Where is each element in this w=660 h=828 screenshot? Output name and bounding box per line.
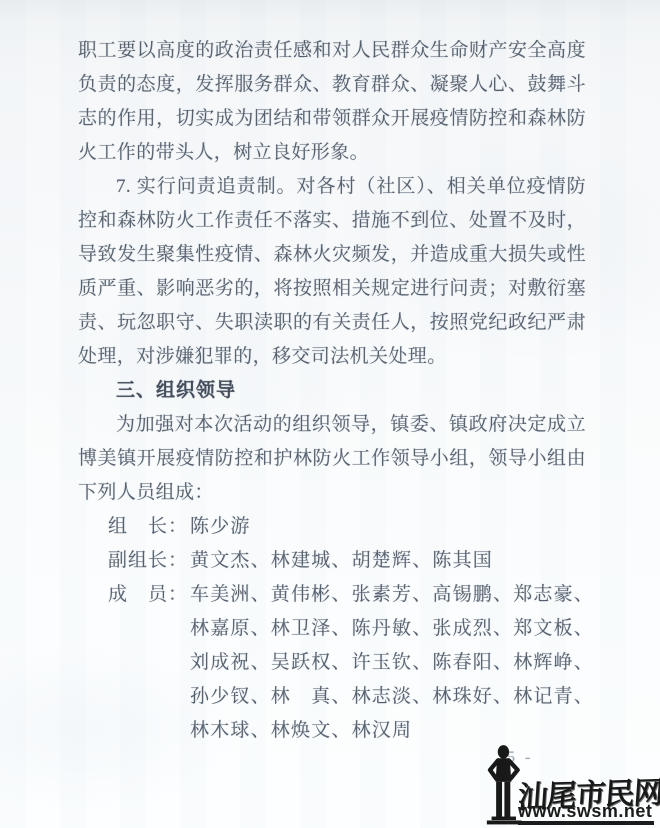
roster-row-leader: 组 长： 陈少游 [78,510,586,544]
roster-row-members: 成 员： 车美洲、黄伟彬、张素芳、高锡鹏、郑志豪、 林嘉原、林卫泽、陈丹敏、张成… [78,578,586,748]
section-intro: 为加强对本次活动的组织领导，镇委、镇政府决定成立博美镇开展疫情防控和护林防火工作… [78,408,586,510]
paragraph-item-7: 7. 实行问责追责制。对各村（社区）、相关单位疫情防控和森林防火工作责任不落实、… [78,170,586,374]
roster-names-leader: 陈少游 [190,510,586,544]
roster-names-deputy: 黄文杰、林建城、胡楚辉、陈其国 [190,544,586,578]
roster-label-leader: 组 长： [108,510,190,544]
roster-names-members: 车美洲、黄伟彬、张素芳、高锡鹏、郑志豪、 林嘉原、林卫泽、陈丹敏、张成烈、郑文板… [190,578,594,748]
roster-label-members: 成 员： [108,578,190,748]
roster-member-line: 孙少钗、林 真、林志淡、林珠好、林记青、 [190,680,594,714]
section-heading: 三、组织领导 [78,374,586,408]
document-page: 职工要以高度的政治责任感和对人民群众生命财产安全高度负责的态度，发挥服务群众、教… [0,0,660,828]
roster-member-line: 林嘉原、林卫泽、陈丹敏、张成烈、郑文板、 [190,612,594,646]
watermark: 汕尾市民网 www.swsm.net [472,740,660,828]
document-body: 职工要以高度的政治责任感和对人民群众生命财产安全高度负责的态度，发挥服务群众、教… [78,34,586,748]
paragraph-continuation: 职工要以高度的政治责任感和对人民群众生命财产安全高度负责的态度，发挥服务群众、教… [78,34,586,170]
watermark-site-url: www.swsm.net [518,802,654,825]
roster-row-deputy: 副组长： 黄文杰、林建城、胡楚辉、陈其国 [78,544,586,578]
roster-label-deputy: 副组长： [108,544,190,578]
leadership-roster: 组 长： 陈少游 副组长： 黄文杰、林建城、胡楚辉、陈其国 成 员： 车美洲、黄… [78,510,586,748]
roster-member-line: 车美洲、黄伟彬、张素芳、高锡鹏、郑志豪、 [190,578,594,612]
roster-member-line: 刘成祝、吴跃权、许玉钦、陈春阳、林辉峥、 [190,646,594,680]
